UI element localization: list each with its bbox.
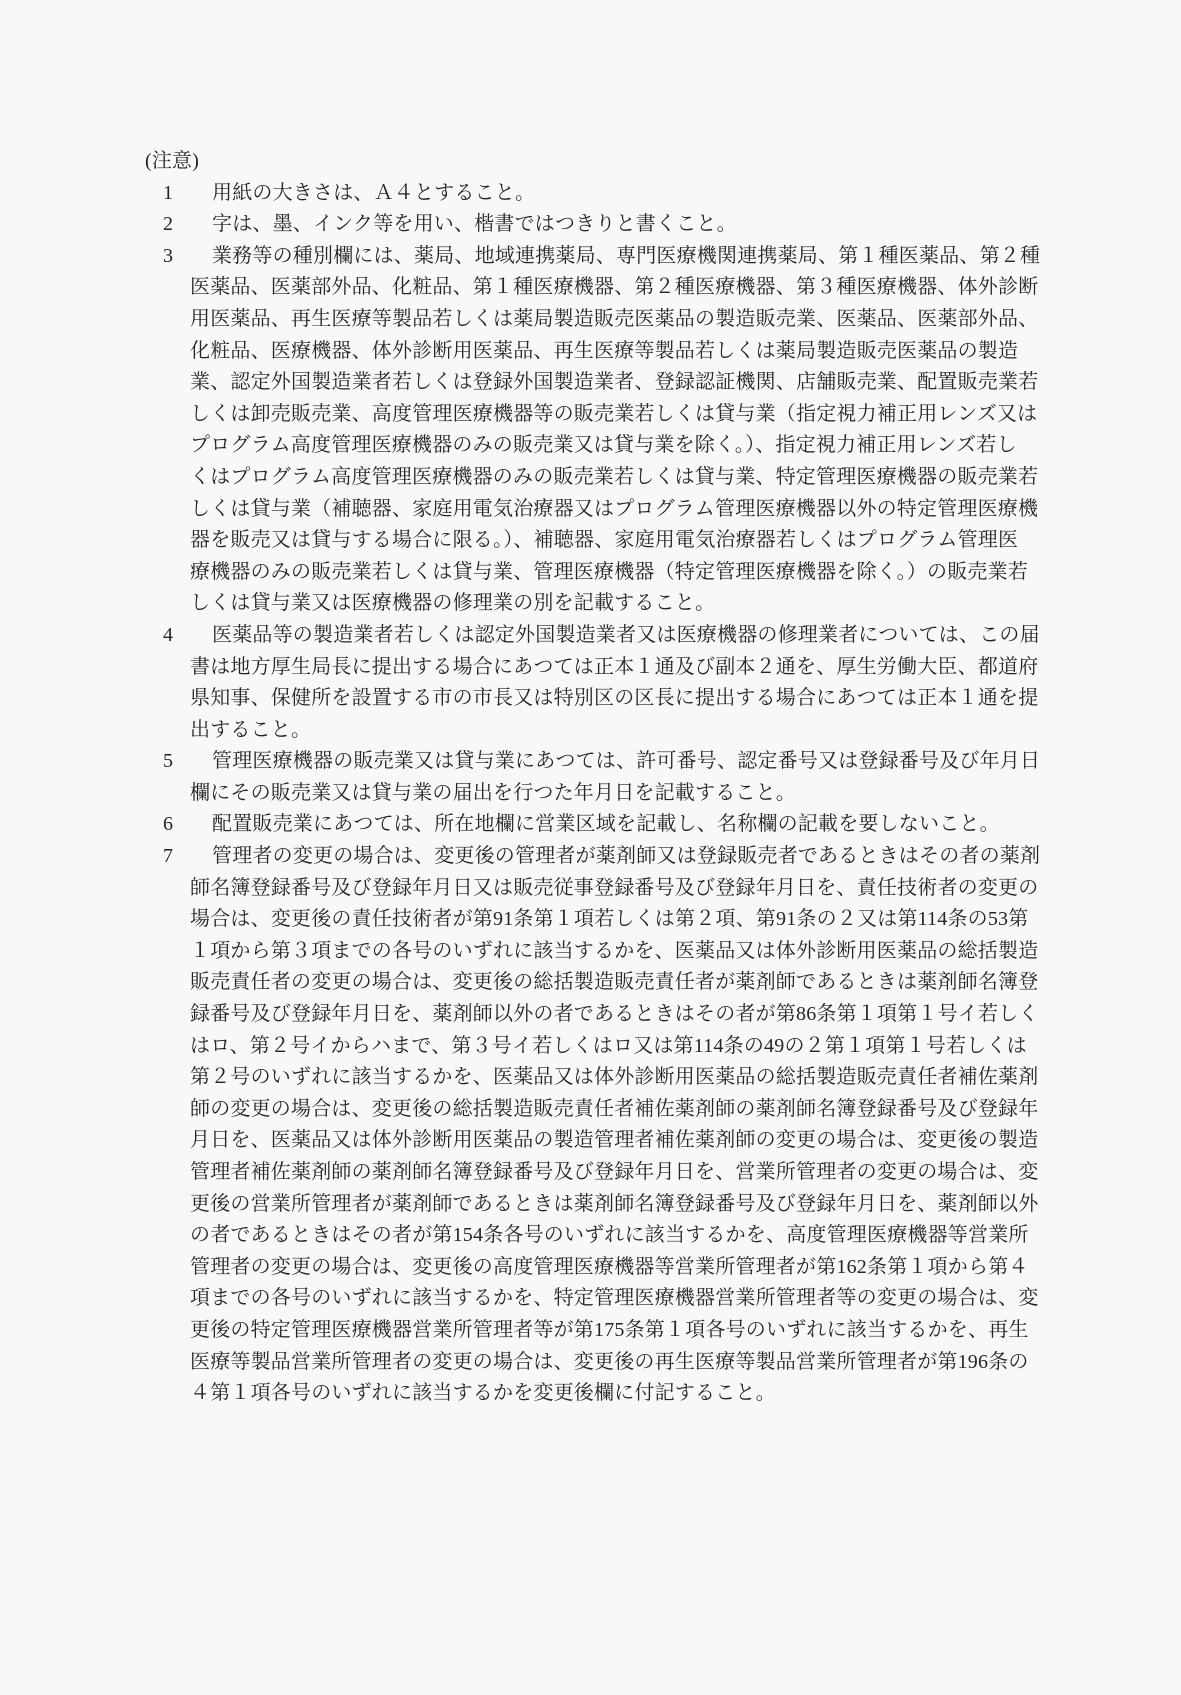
notes-section: (注意) 1用紙の大きさは、Ａ４とすること。2字は、墨、インク等を用い、楷書では… [145,146,1055,1410]
note-line: しくは卸売販売業、高度管理医療機器等の販売業若しくは貸与業（指定視力補正用レンズ… [145,399,1055,431]
note-item-3: 3業務等の種別欄には、薬局、地域連携薬局、専門医療機関連携薬局、第１種医薬品、第… [145,241,1055,620]
note-line: 更後の営業所管理者が薬剤師であるときは薬剤師名簿登録番号及び登録年月日を、薬剤師… [145,1189,1055,1221]
note-number: 1 [163,178,187,210]
note-item-7: 7管理者の変更の場合は、変更後の管理者が薬剤師又は登録販売者であるときはその者の… [145,841,1055,1410]
note-line: 録番号及び登録年月日を、薬剤師以外の者であるときはその者が第86条第１項第１号イ… [145,999,1055,1031]
note-line: 更後の特定管理医療機器営業所管理者等が第175条第１項各号のいずれに該当するかを… [145,1315,1055,1347]
note-line: 場合は、変更後の責任技術者が第91条第１項若しくは第２項、第91条の２又は第11… [145,904,1055,936]
note-line: 化粧品、医療機器、体外診断用医薬品、再生医療等製品若しくは薬局製造販売医薬品の製… [145,336,1055,368]
note-line: 月日を、医薬品又は体外診断用医薬品の製造管理者補佐薬剤師の変更の場合は、変更後の… [145,1125,1055,1157]
scanned-document-page: (注意) 1用紙の大きさは、Ａ４とすること。2字は、墨、インク等を用い、楷書では… [0,0,1181,1695]
note-line: 出すること。 [145,715,1055,747]
note-number: 5 [163,746,187,778]
note-line: 医薬品、医薬部外品、化粧品、第１種医療機器、第２種医療機器、第３種医療機器、体外… [145,272,1055,304]
note-number: 2 [163,209,187,241]
note-number: 3 [163,241,187,273]
note-item-2: 2字は、墨、インク等を用い、楷書ではつきりと書くこと。 [145,209,1055,241]
notes-list: 1用紙の大きさは、Ａ４とすること。2字は、墨、インク等を用い、楷書ではつきりと書… [145,178,1055,1410]
note-line: 業、認定外国製造業者若しくは登録外国製造業者、登録認証機関、店舗販売業、配置販売… [145,367,1055,399]
note-line: 管理者の変更の場合は、変更後の管理者が薬剤師又は登録販売者であるときはその者の薬… [145,841,1055,873]
note-line: 管理者補佐薬剤師の薬剤師名簿登録番号及び登録年月日を、営業所管理者の変更の場合は… [145,1157,1055,1189]
note-line: はロ、第２号イからハまで、第３号イ若しくはロ又は第114条の49の２第１項第１号… [145,1031,1055,1063]
note-item-5: 5管理医療機器の販売業又は貸与業にあつては、許可番号、認定番号又は登録番号及び年… [145,746,1055,809]
note-line: しくは貸与業又は医療機器の修理業の別を記載すること。 [145,588,1055,620]
note-number: 4 [163,620,187,652]
note-line: しくは貸与業（補聴器、家庭用電気治療器又はプログラム管理医療機器以外の特定管理医… [145,494,1055,526]
note-line: 管理者の変更の場合は、変更後の高度管理医療機器等営業所管理者が第162条第１項か… [145,1252,1055,1284]
note-line: 師の変更の場合は、変更後の総括製造販売責任者補佐薬剤師の薬剤師名簿登録番号及び登… [145,1094,1055,1126]
note-line: 用医薬品、再生医療等製品若しくは薬局製造販売医薬品の製造販売業、医薬品、医薬部外… [145,304,1055,336]
note-item-1: 1用紙の大きさは、Ａ４とすること。 [145,178,1055,210]
note-item-6: 6配置販売業にあつては、所在地欄に営業区域を記載し、名称欄の記載を要しないこと。 [145,809,1055,841]
note-number: 6 [163,809,187,841]
note-line: 業務等の種別欄には、薬局、地域連携薬局、専門医療機関連携薬局、第１種医薬品、第２… [145,241,1055,273]
note-line: くはプログラム高度管理医療機器のみの販売業若しくは貸与業、特定管理医療機器の販売… [145,462,1055,494]
note-number: 7 [163,841,187,873]
note-line: 欄にその販売業又は貸与業の届出を行つた年月日を記載すること。 [145,778,1055,810]
note-line: 医薬品等の製造業者若しくは認定外国製造業者又は医療機器の修理業者については、この… [145,620,1055,652]
note-line: 県知事、保健所を設置する市の市長又は特別区の区長に提出する場合にあつては正本１通… [145,683,1055,715]
note-line: の者であるときはその者が第154条各号のいずれに該当するかを、高度管理医療機器等… [145,1220,1055,1252]
note-line: 項までの各号のいずれに該当するかを、特定管理医療機器営業所管理者等の変更の場合は… [145,1283,1055,1315]
note-line: 書は地方厚生局長に提出する場合にあつては正本１通及び副本２通を、厚生労働大臣、都… [145,652,1055,684]
note-line: 器を販売又は貸与する場合に限る。）、補聴器、家庭用電気治療器若しくはプログラム管… [145,525,1055,557]
note-line: 配置販売業にあつては、所在地欄に営業区域を記載し、名称欄の記載を要しないこと。 [145,809,1055,841]
notes-heading: (注意) [145,146,1055,178]
note-line: ４第１項各号のいずれに該当するかを変更後欄に付記すること。 [145,1378,1055,1410]
note-line: プログラム高度管理医療機器のみの販売業又は貸与業を除く。）、指定視力補正用レンズ… [145,430,1055,462]
note-line: 用紙の大きさは、Ａ４とすること。 [145,178,1055,210]
note-line: 医療等製品営業所管理者の変更の場合は、変更後の再生医療等製品営業所管理者が第19… [145,1347,1055,1379]
note-line: 療機器のみの販売業若しくは貸与業、管理医療機器（特定管理医療機器を除く。）の販売… [145,557,1055,589]
note-line: 師名簿登録番号及び登録年月日又は販売従事登録番号及び登録年月日を、責任技術者の変… [145,873,1055,905]
note-line: 第２号のいずれに該当するかを、医薬品又は体外診断用医薬品の総括製造販売責任者補佐… [145,1062,1055,1094]
note-item-4: 4医薬品等の製造業者若しくは認定外国製造業者又は医療機器の修理業者については、こ… [145,620,1055,746]
note-line: １項から第３項までの各号のいずれに該当するかを、医薬品又は体外診断用医薬品の総括… [145,936,1055,968]
note-line: 販売責任者の変更の場合は、変更後の総括製造販売責任者が薬剤師であるときは薬剤師名… [145,967,1055,999]
note-line: 管理医療機器の販売業又は貸与業にあつては、許可番号、認定番号又は登録番号及び年月… [145,746,1055,778]
note-line: 字は、墨、インク等を用い、楷書ではつきりと書くこと。 [145,209,1055,241]
